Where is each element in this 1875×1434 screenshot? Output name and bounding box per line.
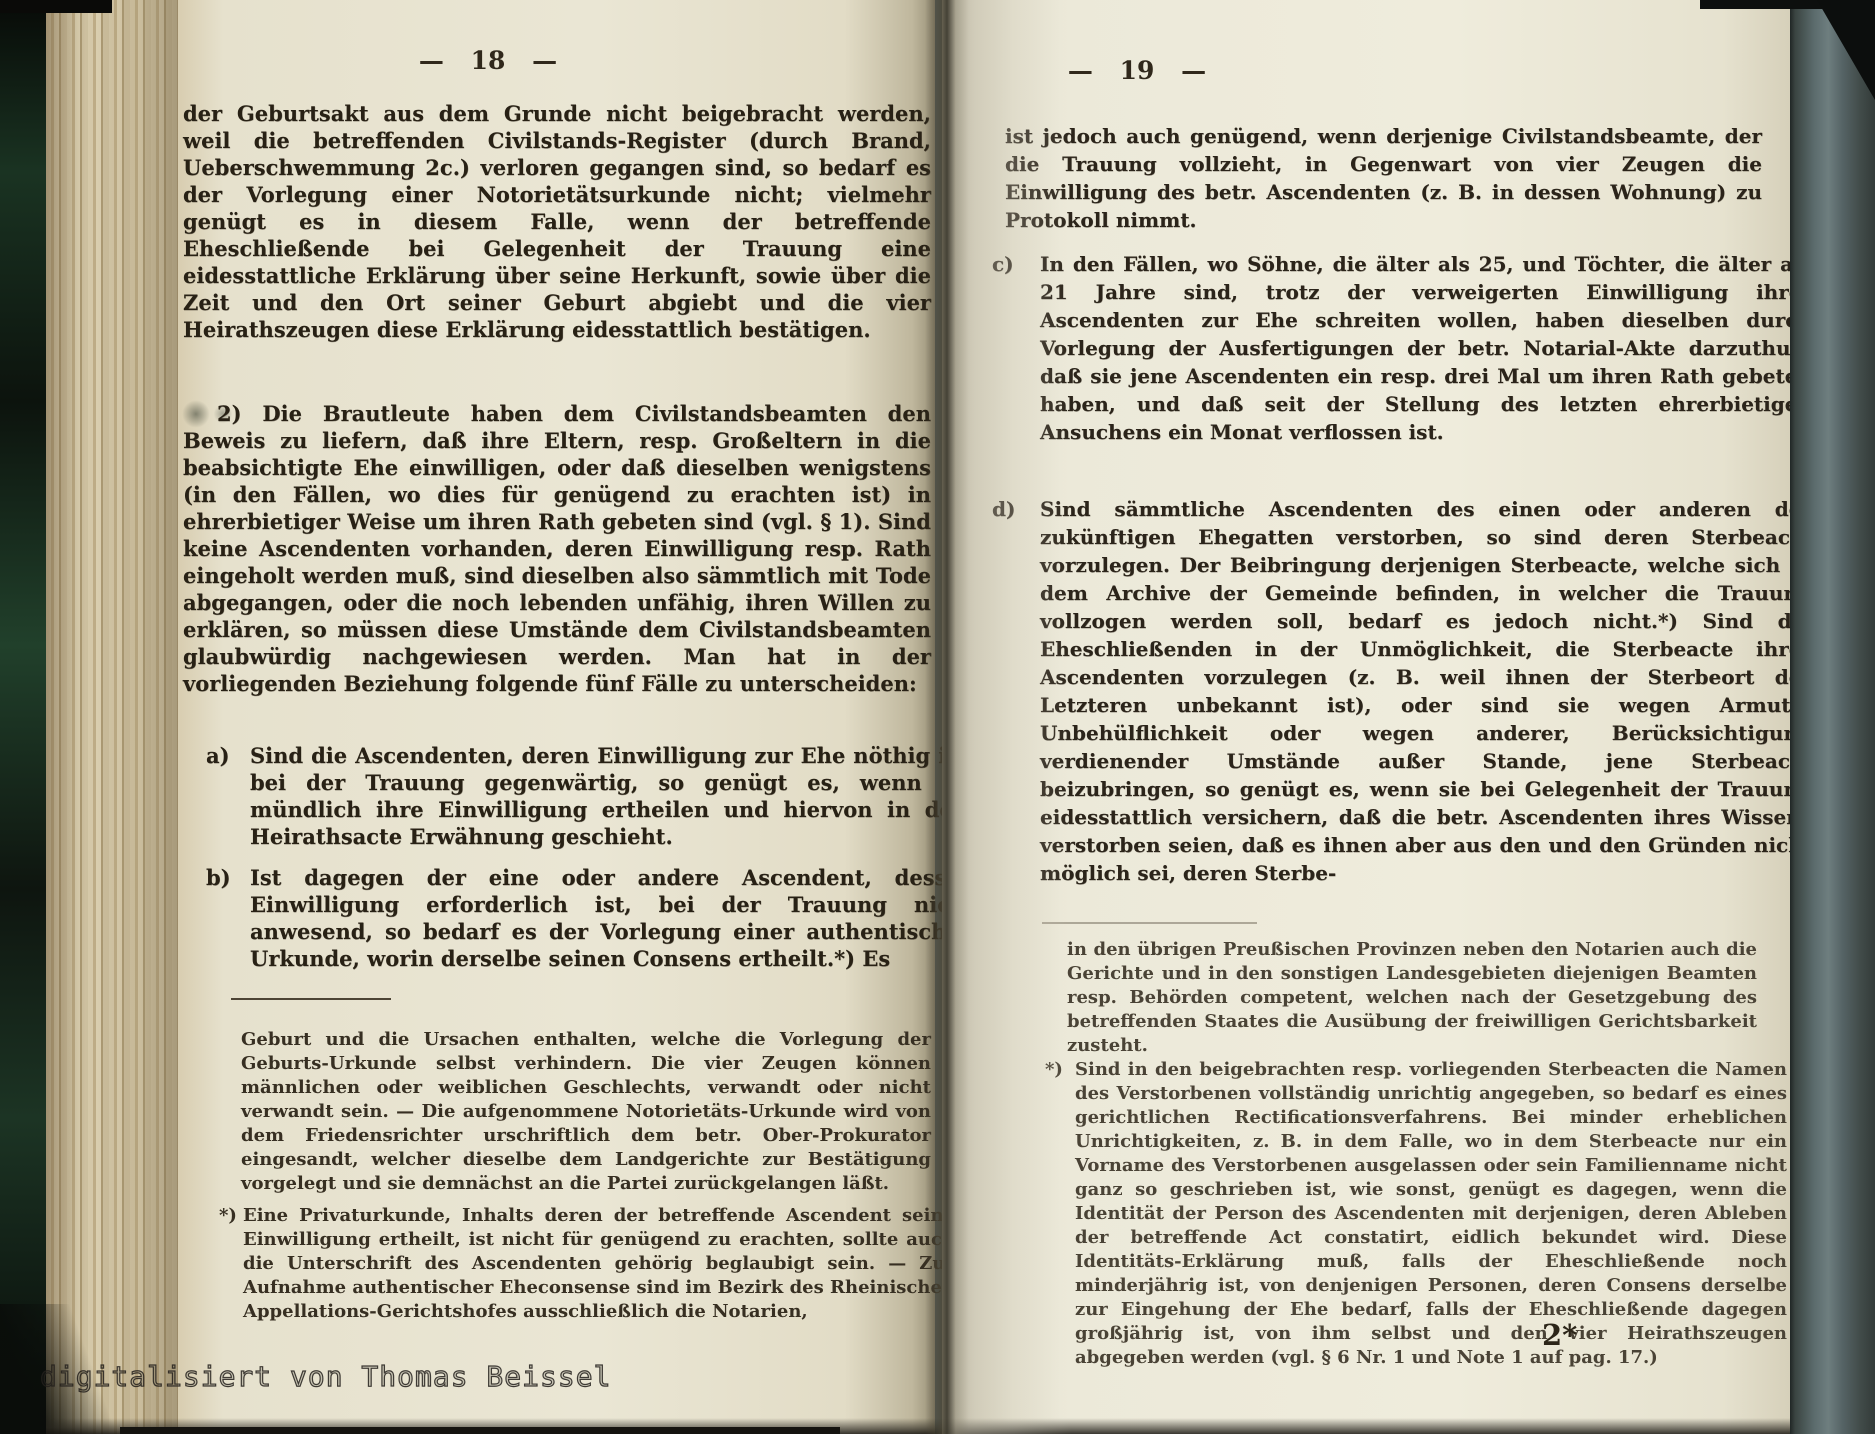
list-text-a: Sind die Ascendenten, deren Einwilligung…: [250, 743, 975, 849]
list-item-a: a) Sind die Ascendenten, deren Einwillig…: [206, 742, 975, 850]
digitization-watermark: digitalisiert von Thomas Beissel: [40, 1360, 611, 1393]
footnote-text: Sind in den beigebrachten resp. vorliege…: [1075, 1059, 1787, 1368]
footnote-continuation: Geburt und die Ursachen enthalten, welch…: [241, 1028, 931, 1196]
footnote-starred: *) Sind in den beigebrachten resp. vorli…: [1045, 1058, 1787, 1370]
printers-signature-mark: 2*: [1542, 1318, 1577, 1352]
page-edges-left-stack: [46, 0, 178, 1434]
list-marker-a: a): [206, 742, 230, 769]
fore-edge-right-pages: [1790, 0, 1875, 1434]
page-18: — 18 — der Geburtsakt aus dem Grunde nic…: [178, 0, 935, 1434]
book-cover-left-edge: [0, 0, 46, 1434]
bottom-dark-edge: [120, 1427, 840, 1434]
footnote-continuation: in den übrigen Preußischen Provinzen neb…: [1067, 938, 1757, 1058]
book-gutter-shadow: [925, 0, 969, 1434]
body-paragraph-section-2: 2) Die Brautleute haben dem Civilstandsb…: [183, 400, 931, 697]
list-marker-b: b): [206, 864, 231, 891]
footnote-separator-rule: [1042, 922, 1257, 924]
page-number-header-18: — 18 —: [393, 46, 583, 75]
list-text-d: Sind sämmtliche Ascendenten des einen od…: [1040, 497, 1812, 885]
body-paragraph-continuation: der Geburtsakt aus dem Grunde nicht beig…: [183, 100, 931, 343]
section-text: Die Brautleute haben dem Civilstandsbeam…: [183, 401, 931, 696]
footnote-separator-rule: [231, 998, 391, 1000]
list-item-d: d) Sind sämmtliche Ascendenten des einen…: [992, 495, 1812, 887]
list-text-b: Ist dagegen der eine oder andere Ascende…: [250, 865, 975, 971]
list-item-b: b) Ist dagegen der eine oder andere Asce…: [206, 864, 975, 972]
body-paragraph-continuation: ist jedoch auch genügend, wenn derjenige…: [1005, 122, 1762, 234]
scanned-book-spread: — 18 — der Geburtsakt aus dem Grunde nic…: [0, 0, 1875, 1434]
footnote-text: Eine Privaturkunde, Inhalts deren der be…: [243, 1205, 955, 1322]
footnote-marker: *): [219, 1204, 237, 1228]
scan-dark-corner-top-left: [0, 0, 112, 13]
page-19: — 19 — ist jedoch auch genügend, wenn de…: [942, 0, 1790, 1434]
list-text-c: In den Fällen, wo Söhne, die älter als 2…: [1040, 252, 1812, 444]
section-marker: 2): [217, 401, 242, 426]
footnote-starred: *) Eine Privaturkunde, Inhalts deren der…: [219, 1204, 955, 1324]
list-item-c: c) In den Fällen, wo Söhne, die älter al…: [992, 250, 1812, 446]
